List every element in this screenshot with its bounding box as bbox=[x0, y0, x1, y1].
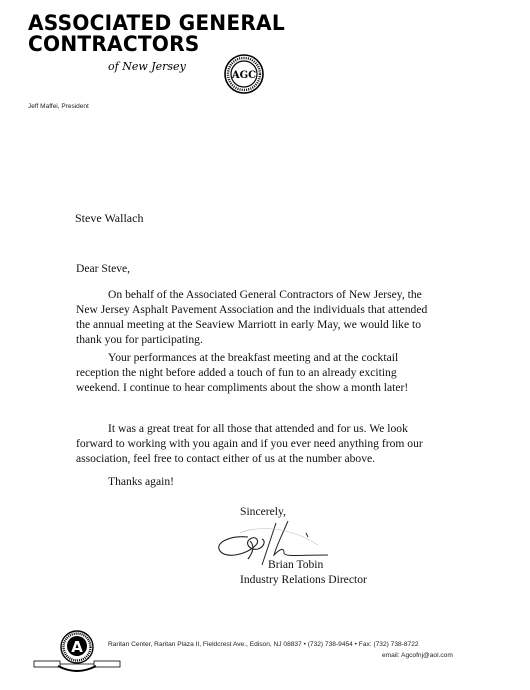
footer-email: email: Agcofnj@aol.com bbox=[382, 652, 453, 659]
paragraph-line: reception the night before added a touch… bbox=[76, 365, 496, 380]
paragraph: On behalf of the Associated General Cont… bbox=[76, 287, 496, 347]
thanks-line: Thanks again! bbox=[108, 475, 174, 488]
paragraph: It was a great treat for all those that … bbox=[76, 421, 496, 466]
paragraph-line: New Jersey Asphalt Pavement Association … bbox=[76, 302, 496, 317]
letter-page: ASSOCIATED GENERAL CONTRACTORS of New Je… bbox=[0, 0, 530, 690]
paragraph-line: It was a great treat for all those that … bbox=[76, 421, 496, 436]
paragraph-line: association, feel free to contact either… bbox=[76, 451, 496, 466]
paragraph-line: the annual meeting at the Seaview Marrio… bbox=[76, 317, 496, 332]
agc-seal-icon: AGC bbox=[224, 54, 264, 94]
paragraph-line: forward to working with you again and if… bbox=[76, 436, 496, 451]
salutation: Dear Steve, bbox=[76, 262, 130, 275]
paragraph-line: Your performances at the breakfast meeti… bbox=[76, 350, 496, 365]
svg-text:AGC: AGC bbox=[231, 70, 256, 81]
recipient-name: Steve Wallach bbox=[75, 211, 143, 226]
paragraph: Your performances at the breakfast meeti… bbox=[76, 350, 496, 395]
signer-name: Brian Tobin bbox=[268, 558, 323, 571]
agc-national-seal-icon: A bbox=[32, 630, 122, 676]
president-line: Jeff Maffei, President bbox=[28, 103, 89, 110]
paragraph-line: thank you for participating. bbox=[76, 332, 496, 347]
signer-title: Industry Relations Director bbox=[240, 573, 367, 586]
svg-text:A: A bbox=[71, 638, 83, 656]
org-name-line2: CONTRACTORS bbox=[28, 33, 200, 55]
footer-address: Raritan Center, Raritan Plaza II, Fieldc… bbox=[108, 641, 419, 648]
org-subtitle: of New Jersey bbox=[108, 60, 186, 73]
paragraph-line: On behalf of the Associated General Cont… bbox=[76, 287, 496, 302]
org-name-line1: ASSOCIATED GENERAL bbox=[28, 12, 285, 34]
paragraph-line: weekend. I continue to hear compliments … bbox=[76, 380, 496, 395]
